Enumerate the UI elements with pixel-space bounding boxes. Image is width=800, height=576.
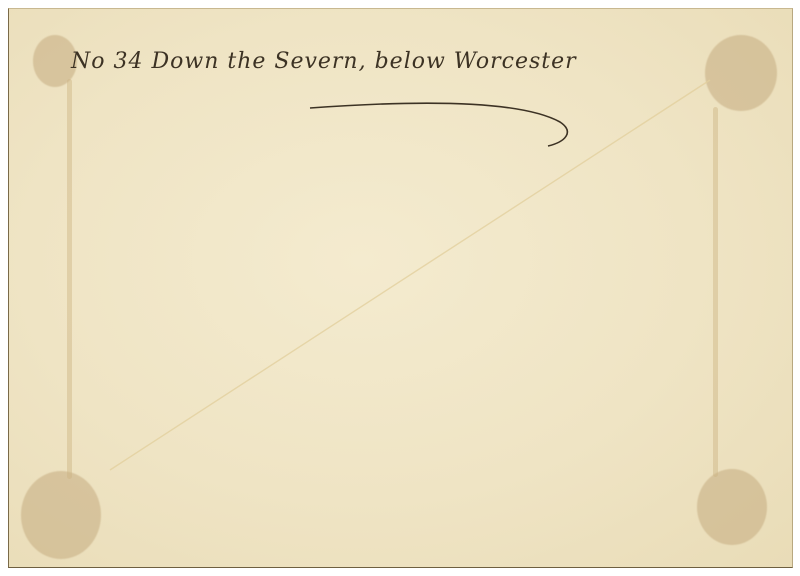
pen-flourish-and-crease — [0, 0, 800, 576]
